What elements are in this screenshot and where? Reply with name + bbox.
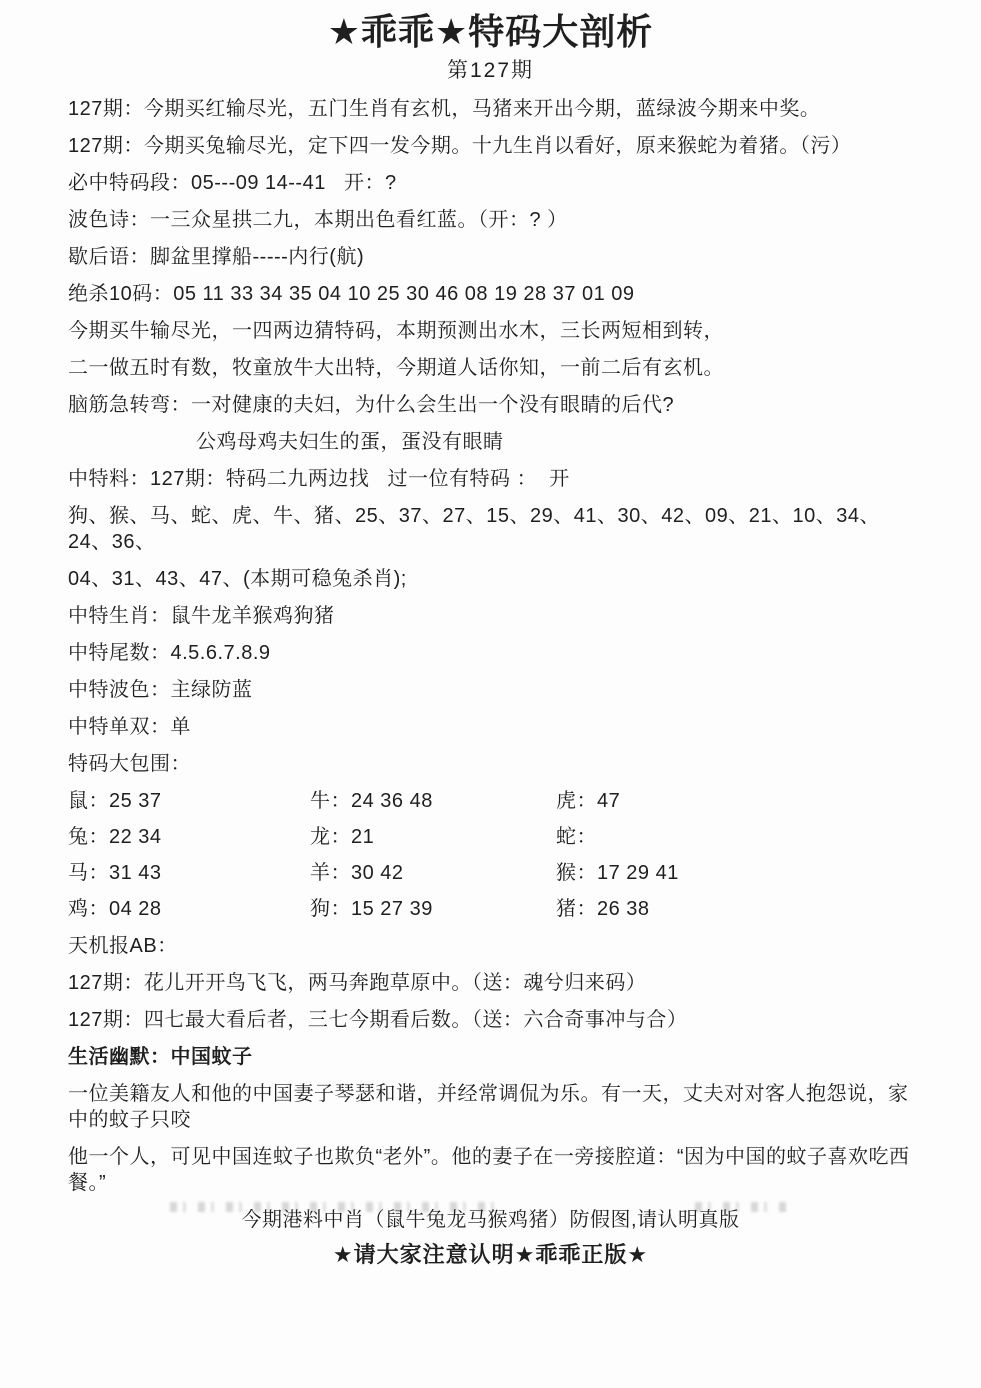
print-artifact-1: [170, 1202, 500, 1212]
wrap-cell-monkey: 猴：17 29 41: [556, 860, 921, 886]
zhongte-tail-numbers-line: 中特尾数：4.5.6.7.8.9: [68, 640, 921, 666]
life-humor-line: 生活幽默：中国蚊子: [68, 1044, 921, 1070]
wrap-cell-tiger: 虎：47: [556, 788, 921, 814]
issue-number: 第127期: [0, 58, 981, 84]
wrap-cell-dragon: 龙：21: [310, 824, 556, 850]
verse-line-1: 今期买牛输尽光，一四两边猜特码，本期预测出水木，三长两短相到转，: [68, 318, 921, 344]
wrap-cell-rat: 鼠：25 37: [68, 788, 310, 814]
xiehouyu-line: 歇后语：脚盆里撑船-----内行(航): [68, 244, 921, 270]
verse-127-latter-line: 127期：四七最大看后者，三七今期看后数。（送：六合奇事冲与合）: [68, 1007, 921, 1033]
page-title: ★乖乖★特码大剖析: [0, 10, 981, 54]
wrap-cell-ox: 牛：24 36 48: [310, 788, 556, 814]
tip-line-1: 127期：今期买红输尽光，五门生肖有玄机，马猪来开出今期，蓝绿波今期来中奖。: [68, 96, 921, 122]
must-hit-segment-line: 必中特码段：05---09 14--41 开：?: [68, 170, 921, 196]
brain-teaser-line: 脑筋急转弯：一对健康的夫妇，为什么会生出一个没有眼睛的后代?: [68, 392, 921, 418]
brain-teaser-answer-line: 公鸡母鸡夫妇生的蛋，蛋没有眼睛: [196, 429, 921, 455]
wrap-cell-rabbit: 兔：22 34: [68, 824, 310, 850]
verse-127-flower-line: 127期：花儿开开鸟飞飞，两马奔跑草原中。（送：魂兮归来码）: [68, 970, 921, 996]
wrap-cell-snake: 蛇：: [556, 824, 921, 850]
wrap-cell-dog: 狗：15 27 39: [310, 896, 556, 922]
zhongte-material-line: 中特料：127期：特码二九两边找 过一位有特码 ： 开: [68, 466, 921, 492]
kill-zodiac-numbers-line-2: 04、31、43、47、(本期可稳兔杀肖);: [68, 566, 921, 592]
humor-story-line-2: 他一个人，可见中国连蚊子也欺负“老外”。他的妻子在一旁接腔道：“因为中国的蚊子喜…: [68, 1144, 921, 1196]
wrap-cell-goat: 羊：30 42: [310, 860, 556, 886]
wrap-cell-rooster: 鸡：04 28: [68, 896, 310, 922]
humor-story-line-1: 一位美籍友人和他的中国妻子琴瑟和谐，并经常调侃为乐。有一天，丈夫对对客人抱怨说，…: [68, 1081, 921, 1133]
zhongte-odd-even-line: 中特单双：单: [68, 714, 921, 740]
verse-line-2: 二一做五时有数，牧童放牛大出特，今期道人话你知，一前二后有玄机。: [68, 355, 921, 381]
wrap-cell-pig: 猪：26 38: [556, 896, 921, 922]
zhongte-zodiac-line: 中特生肖：鼠牛龙羊猴鸡狗猪: [68, 603, 921, 629]
wrap-title-line: 特码大包围：: [68, 751, 921, 777]
special-code-wrap-grid: 鼠：25 37 牛：24 36 48 虎：47 兔：22 34 龙：21 蛇： …: [68, 788, 921, 922]
print-artifact-2: [695, 1202, 790, 1212]
tip-line-2: 127期：今期买兔输尽光，定下四一发今期。十九生肖以看好，原来猴蛇为着猪。（污）: [68, 133, 921, 159]
document-body: 127期：今期买红输尽光，五门生肖有玄机，马猪来开出今期，蓝绿波今期来中奖。 1…: [0, 96, 981, 1196]
tianji-report-line: 天机报AB：: [68, 933, 921, 959]
zhongte-wave-color-line: 中特波色：主绿防蓝: [68, 677, 921, 703]
document-page: ★乖乖★特码大剖析 第127期 127期：今期买红输尽光，五门生肖有玄机，马猪来…: [0, 0, 981, 1388]
authenticity-note: ★请大家注意认明★乖乖正版★: [0, 1241, 981, 1269]
wave-color-poem-line: 波色诗：一三众星拱二九，本期出色看红蓝。（开：? ）: [68, 207, 921, 233]
kill-zodiac-numbers-line-1: 狗、猴、马、蛇、虎、牛、猪、25、37、27、15、29、41、30、42、09…: [68, 503, 921, 555]
wrap-cell-horse: 马：31 43: [68, 860, 310, 886]
kill-10-codes-line: 绝杀10码：05 11 33 34 35 04 10 25 30 46 08 1…: [68, 281, 921, 307]
